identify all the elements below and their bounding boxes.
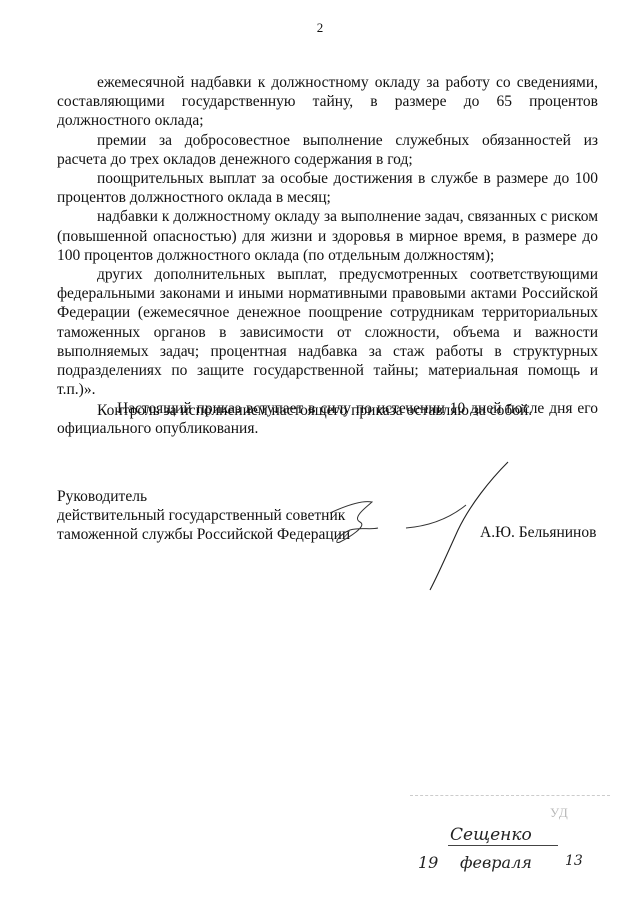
signer-title: Руководитель действительный государствен… (57, 487, 350, 544)
paragraph-incentive-payments: поощрительных выплат за особые достижени… (57, 169, 598, 207)
signer-title-line: таможенной службы Российской Федерации (57, 525, 350, 544)
control-statement: Контроль за исполнением настоящего прика… (97, 402, 532, 420)
stamp-name-underline (448, 845, 558, 846)
signer-name: А.Ю. Бельянинов (480, 524, 596, 542)
signer-title-line: Руководитель (57, 487, 350, 506)
paragraph-risk-allowance: надбавки к должностному окладу за выполн… (57, 207, 598, 265)
paragraph-classified-allowance: ежемесячной надбавки к должностному окла… (57, 73, 598, 131)
paragraph-bonus: премии за добросовестное выполнение служ… (57, 131, 598, 169)
stamp-printed-text: УД (550, 805, 569, 821)
stamp-top-rule (410, 795, 610, 796)
paragraph-other-payments: других дополнительных выплат, предусмотр… (57, 265, 598, 399)
stamp-handwritten-month: февраля (460, 853, 532, 872)
stamp-handwritten-day: 19 (418, 853, 438, 872)
body-text: ежемесячной надбавки к должностному окла… (57, 73, 598, 438)
page-number: 2 (0, 20, 640, 36)
signer-title-line: действительный государственный советник (57, 506, 350, 525)
stamp-handwritten-year: 13 (565, 853, 583, 869)
stamp-handwritten-name: Сещенко (450, 825, 532, 845)
registration-stamp: УД Сещенко 19 февраля 13 (400, 795, 620, 885)
